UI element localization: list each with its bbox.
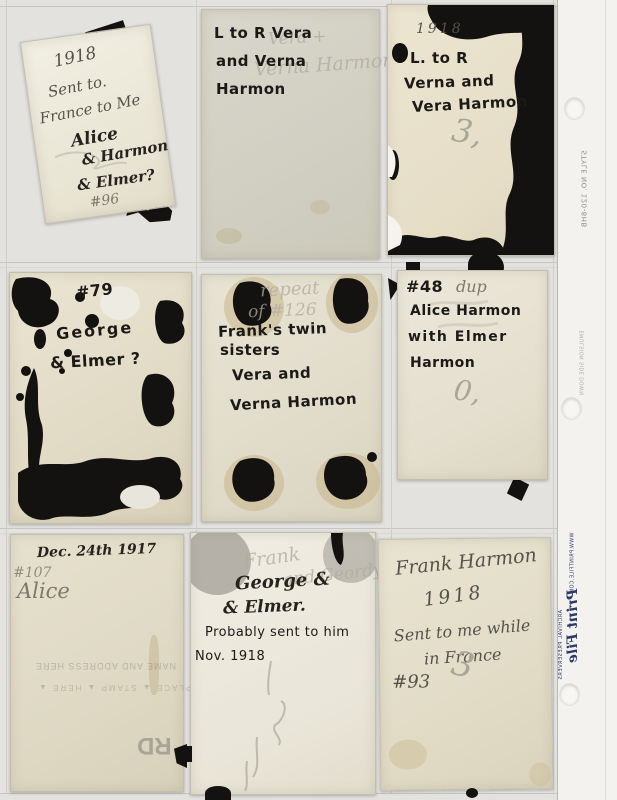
- dup-note: dup: [456, 277, 487, 296]
- caption-line: Verna and: [404, 71, 495, 92]
- stain: [310, 200, 330, 214]
- residue-blob: [506, 476, 530, 502]
- caption-line: with Elmer: [408, 329, 508, 345]
- stain: [389, 739, 427, 769]
- caption-line: Frank Harmon: [394, 544, 538, 580]
- binder-edge-strip: FILE NO. STYLE NO. 120-8HB EMULSION SIDE…: [557, 0, 617, 800]
- caption-line: & Elmer.: [223, 596, 306, 619]
- binder-hole: [565, 98, 584, 119]
- caption-line: Probably sent to him: [205, 625, 349, 640]
- binder-hole: [562, 398, 581, 419]
- print-file-logo: Print File: [565, 589, 581, 663]
- photo-back-card-5: repeat of #126 Frank's twin sisters Vera…: [201, 274, 382, 522]
- residue-blob: [184, 746, 192, 762]
- style-no-label: STYLE NO. 120-8HB: [581, 150, 589, 227]
- caption-name: Alice: [17, 579, 70, 603]
- stamp-arrow: ▲: [86, 683, 96, 692]
- photo-back-card-8: Frank and Geordy George & & Elmer. Proba…: [190, 532, 376, 795]
- caption-line: and Verna: [216, 52, 306, 70]
- caption-line: L. to R: [410, 49, 468, 67]
- catalog-number: #79: [75, 279, 114, 302]
- stamp-arrow: ▲: [37, 683, 47, 692]
- stamp-word: STAMP: [100, 683, 137, 692]
- caption-line: Alice Harmon: [410, 303, 521, 319]
- adhesive-residue-blobs: [10, 273, 191, 523]
- caption-year: 1918: [416, 21, 464, 37]
- archival-sleeve-page: FILE NO. STYLE NO. 120-8HB EMULSION SIDE…: [0, 0, 617, 800]
- photo-back-card-4: #79 George & Elmer ?: [9, 272, 192, 524]
- caption-date: Dec. 24th 1917: [37, 541, 157, 561]
- sleeve-seam: [6, 0, 7, 793]
- binder-hole: [560, 684, 579, 705]
- strip-fold-line: [605, 0, 606, 800]
- caption-line: Frank's twin: [218, 319, 328, 341]
- caption-year: 1918: [422, 581, 485, 611]
- catalog-number: #48: [406, 277, 443, 296]
- photo-back-card-6: #48 dup Alice Harmon with Elmer Harmon 0…: [397, 270, 548, 480]
- caption-line: sisters: [220, 341, 280, 359]
- caption-line: Harmon: [410, 355, 475, 371]
- catalog-number: #93: [392, 671, 430, 692]
- residue-blob: [466, 788, 478, 798]
- residue-blob: [205, 786, 231, 800]
- stain: [149, 635, 159, 695]
- postcard-print-stamp-box: ▲ PLACE ▲ STAMP ▲ HERE ▲: [37, 681, 205, 700]
- photo-back-card-3: 1918 L. to R Verna and Vera Harmon 3,: [387, 4, 555, 256]
- ghost-pencil-text: repeat: [259, 277, 319, 301]
- archival-preservers-label: ARCHIVAL PRESERVERS: [558, 610, 564, 680]
- postcard-print-fragment: RD: [137, 731, 172, 759]
- caption-line: L to R Vera: [214, 24, 312, 42]
- caption-line: Harmon: [216, 80, 286, 98]
- corner-fold: [529, 762, 551, 786]
- printfile-url-label: WWW.PRINTFILE.COM: [570, 532, 576, 593]
- insert-note-label: EMULSION SIDE DOWN: [579, 331, 585, 396]
- postcard-back-card-7: Dec. 24th 1917 #107 Alice NAME AND ADDRE…: [10, 534, 184, 792]
- caption-line: Vera and: [232, 364, 312, 385]
- photo-back-card-9: Frank Harmon 1918 Sent to me while in Fr…: [378, 537, 554, 791]
- photo-back-card-2: Vera + Verna Harmon L to R Vera and Vern…: [201, 9, 380, 259]
- pencil-mark: 3,: [449, 111, 486, 154]
- stamp-word: PLACE: [155, 683, 191, 692]
- stain: [216, 228, 242, 244]
- sleeve-seam: [0, 528, 557, 529]
- caption-line: Sent to me while: [393, 616, 531, 646]
- caption-line: Nov. 1918: [195, 649, 265, 664]
- stamp-word: HERE: [51, 683, 81, 692]
- pencil-mark: 0,: [452, 373, 483, 409]
- photo-back-card-1: 1918 Sent to. France to Me Alice & Harmo…: [20, 24, 176, 225]
